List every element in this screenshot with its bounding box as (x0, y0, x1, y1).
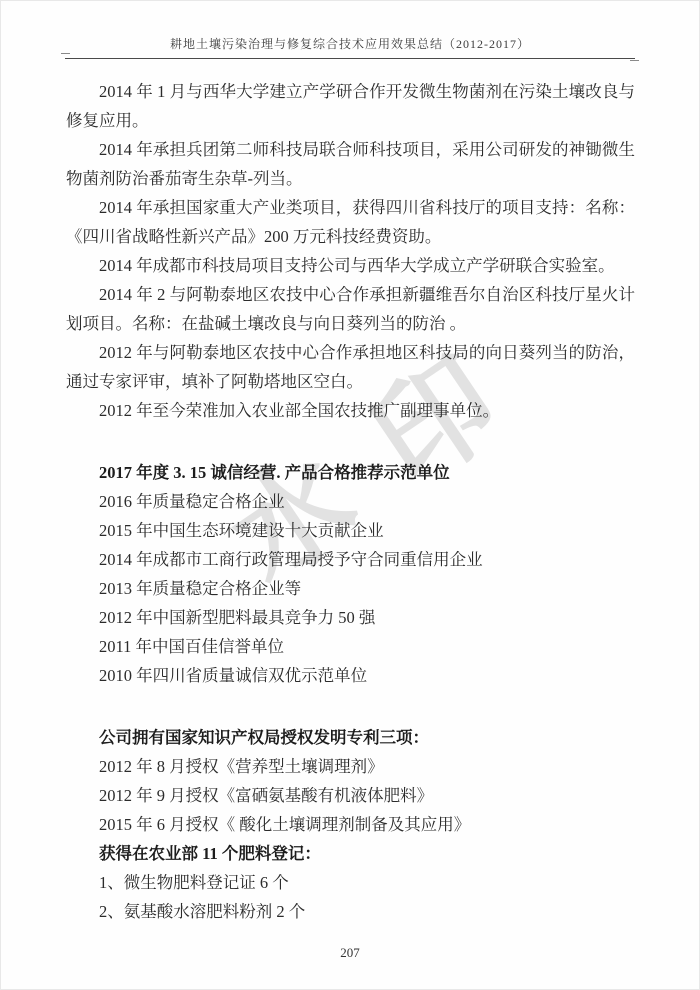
document-page: 耕地土壤污染治理与修复综合技术应用效果总结（2012-2017） 水印 2014… (1, 1, 699, 989)
section-heading-patents: 公司拥有国家知识产权局授权发明专利三项： (66, 723, 635, 752)
paragraph: 2012 年与阿勒泰地区农技中心合作承担地区科技局的向日葵列当的防治，通过专家评… (66, 338, 635, 396)
section-heading-registrations: 获得在农业部 11 个肥料登记： (66, 839, 635, 868)
paragraph: 2012 年至今荣准加入农业部全国农技推广副理事单位。 (66, 396, 635, 425)
patent-item: 2015 年 6 月授权《 酸化土壤调理剂制备及其应用》 (66, 810, 635, 839)
honor-item: 2014 年成都市工商行政管理局授予守合同重信用企业 (66, 545, 635, 574)
paragraph: 2014 年承担国家重大产业类项目，获得四川省科技厅的项目支持：名称：《四川省战… (66, 193, 635, 251)
paragraph: 2014 年承担兵团第二师科技局联合师科技项目，采用公司研发的神锄微生物菌剂防治… (66, 135, 635, 193)
honor-item: 2015 年中国生态环境建设十大贡献企业 (66, 516, 635, 545)
section-heading-honors: 2017 年度 3. 15 诚信经营. 产品合格推荐示范单位 (66, 458, 635, 487)
honor-item: 2012 年中国新型肥料最具竞争力 50 强 (66, 603, 635, 632)
honor-item: 2011 年中国百佳信誉单位 (66, 632, 635, 661)
document-body: 2014 年 1 月与西华大学建立产学研合作开发微生物菌剂在污染土壤改良与修复应… (66, 77, 635, 926)
honor-item: 2010 年四川省质量诚信双优示范单位 (66, 661, 635, 690)
patent-item: 2012 年 9 月授权《富硒氨基酸有机液体肥料》 (66, 781, 635, 810)
patent-item: 2012 年 8 月授权《营养型土壤调理剂》 (66, 752, 635, 781)
paragraph: 2014 年成都市科技局项目支持公司与西华大学成立产学研联合实验室。 (66, 251, 635, 280)
registration-item: 1、微生物肥料登记证 6 个 (66, 868, 635, 897)
paragraph: 2014 年 1 月与西华大学建立产学研合作开发微生物菌剂在污染土壤改良与修复应… (66, 77, 635, 135)
page-number: 207 (1, 945, 699, 961)
honor-item: 2013 年质量稳定合格企业等 (66, 574, 635, 603)
honor-item: 2016 年质量稳定合格企业 (66, 487, 635, 516)
paragraph: 2014 年 2 与阿勒泰地区农技中心合作承担新疆维吾尔自治区科技厅星火计划项目… (66, 280, 635, 338)
page-header-title: 耕地土壤污染治理与修复综合技术应用效果总结（2012-2017） (65, 35, 635, 59)
registration-item: 2、氨基酸水溶肥料粉剂 2 个 (66, 897, 635, 926)
